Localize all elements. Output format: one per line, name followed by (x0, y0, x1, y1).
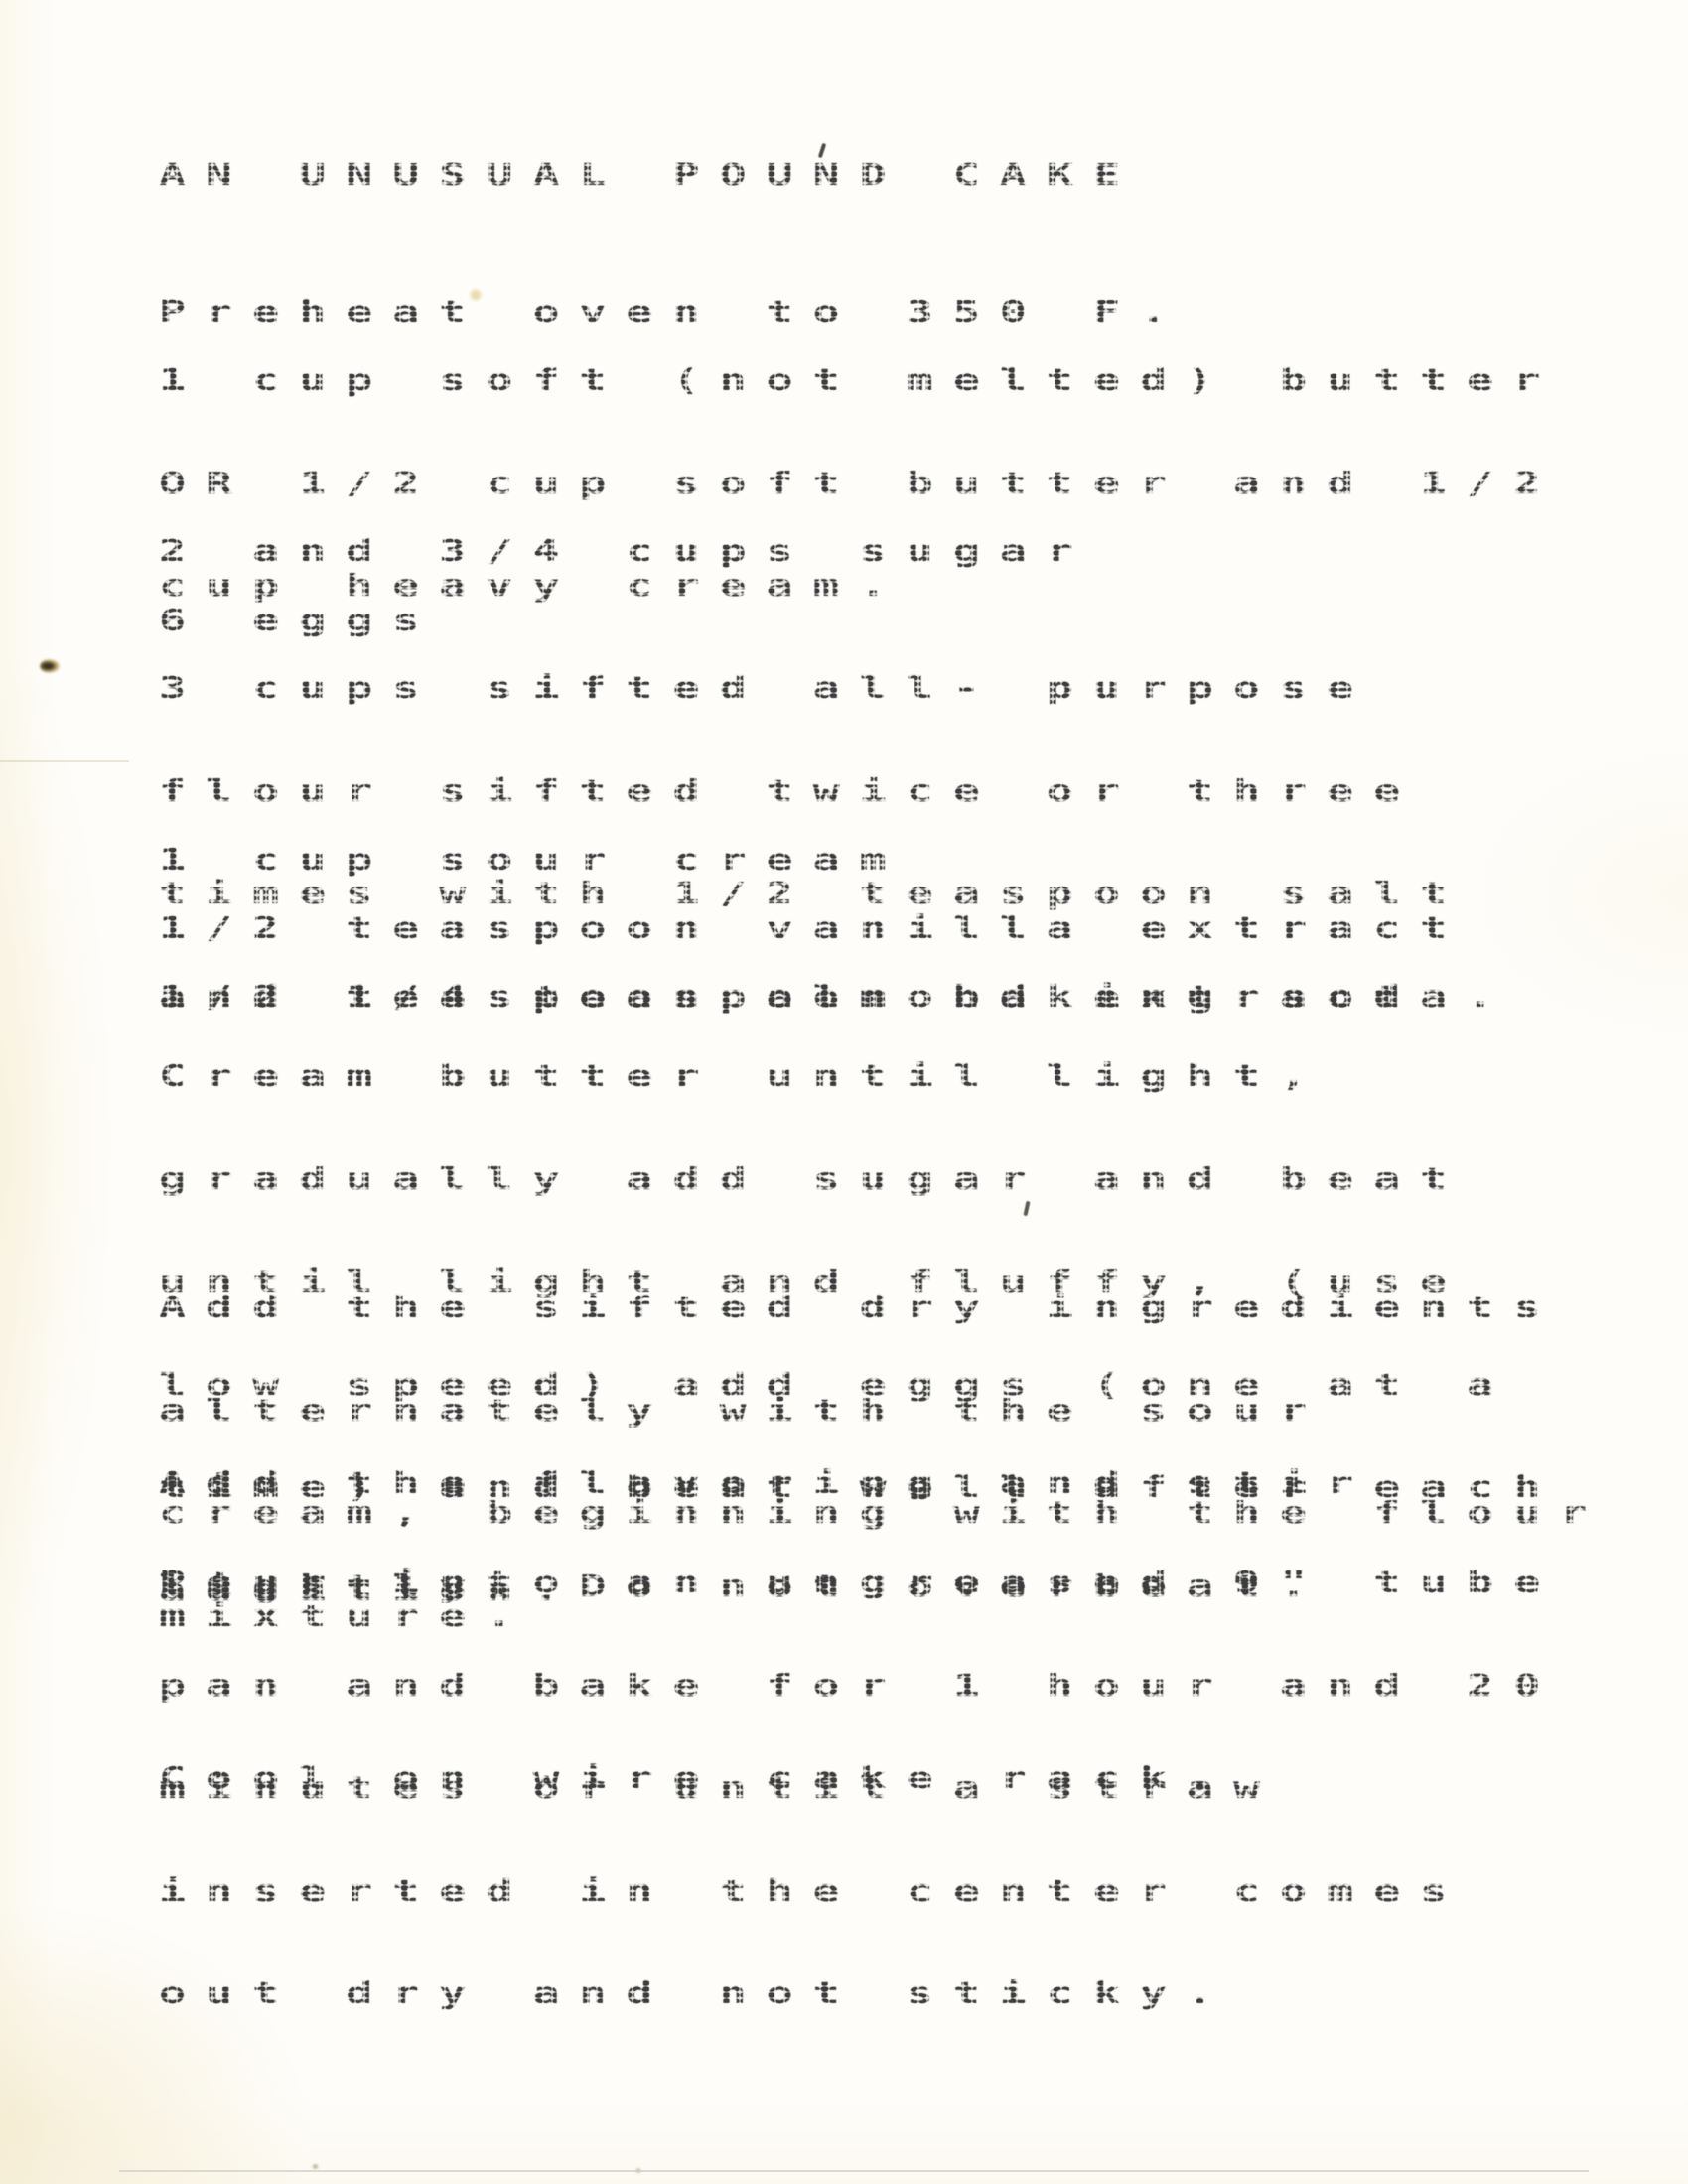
text-line: Cream butter until light, (159, 1060, 1560, 1095)
scan-crease (0, 760, 129, 762)
text-line: 3 cups sifted all- purpose (159, 672, 1513, 707)
paper-speck (312, 2164, 319, 2169)
ink-speck (40, 659, 60, 673)
scanned-recipe-page: AN UNUSUAL POUND CAKE Preheat oven to 35… (0, 0, 1688, 2184)
text-line: gradually add sugar and beat (159, 1163, 1560, 1198)
text-line: Add the flavoring and stir (159, 1467, 1373, 1502)
paper-stain-dot (469, 288, 483, 302)
text-line: Cool on wire cake rack. (159, 1762, 1233, 1797)
stray-accent-mark (818, 143, 826, 159)
text-line: inserted in the center comes (159, 1875, 1560, 1910)
scanner-edge-line (119, 2170, 1589, 2172)
recipe-title: AN UNUSUAL POUND CAKE (159, 159, 1140, 194)
text-line: Pour into an ungreased 9" tube (159, 1567, 1560, 1601)
paragraph-cool: Cool on wire cake rack. (159, 1694, 1233, 1865)
text-line: Add the sifted dry ingredients (159, 1292, 1607, 1326)
text-line: out dry and not sticky. (159, 1978, 1560, 2012)
text-line: 1 cup soft (not melted) butter (159, 364, 1560, 399)
